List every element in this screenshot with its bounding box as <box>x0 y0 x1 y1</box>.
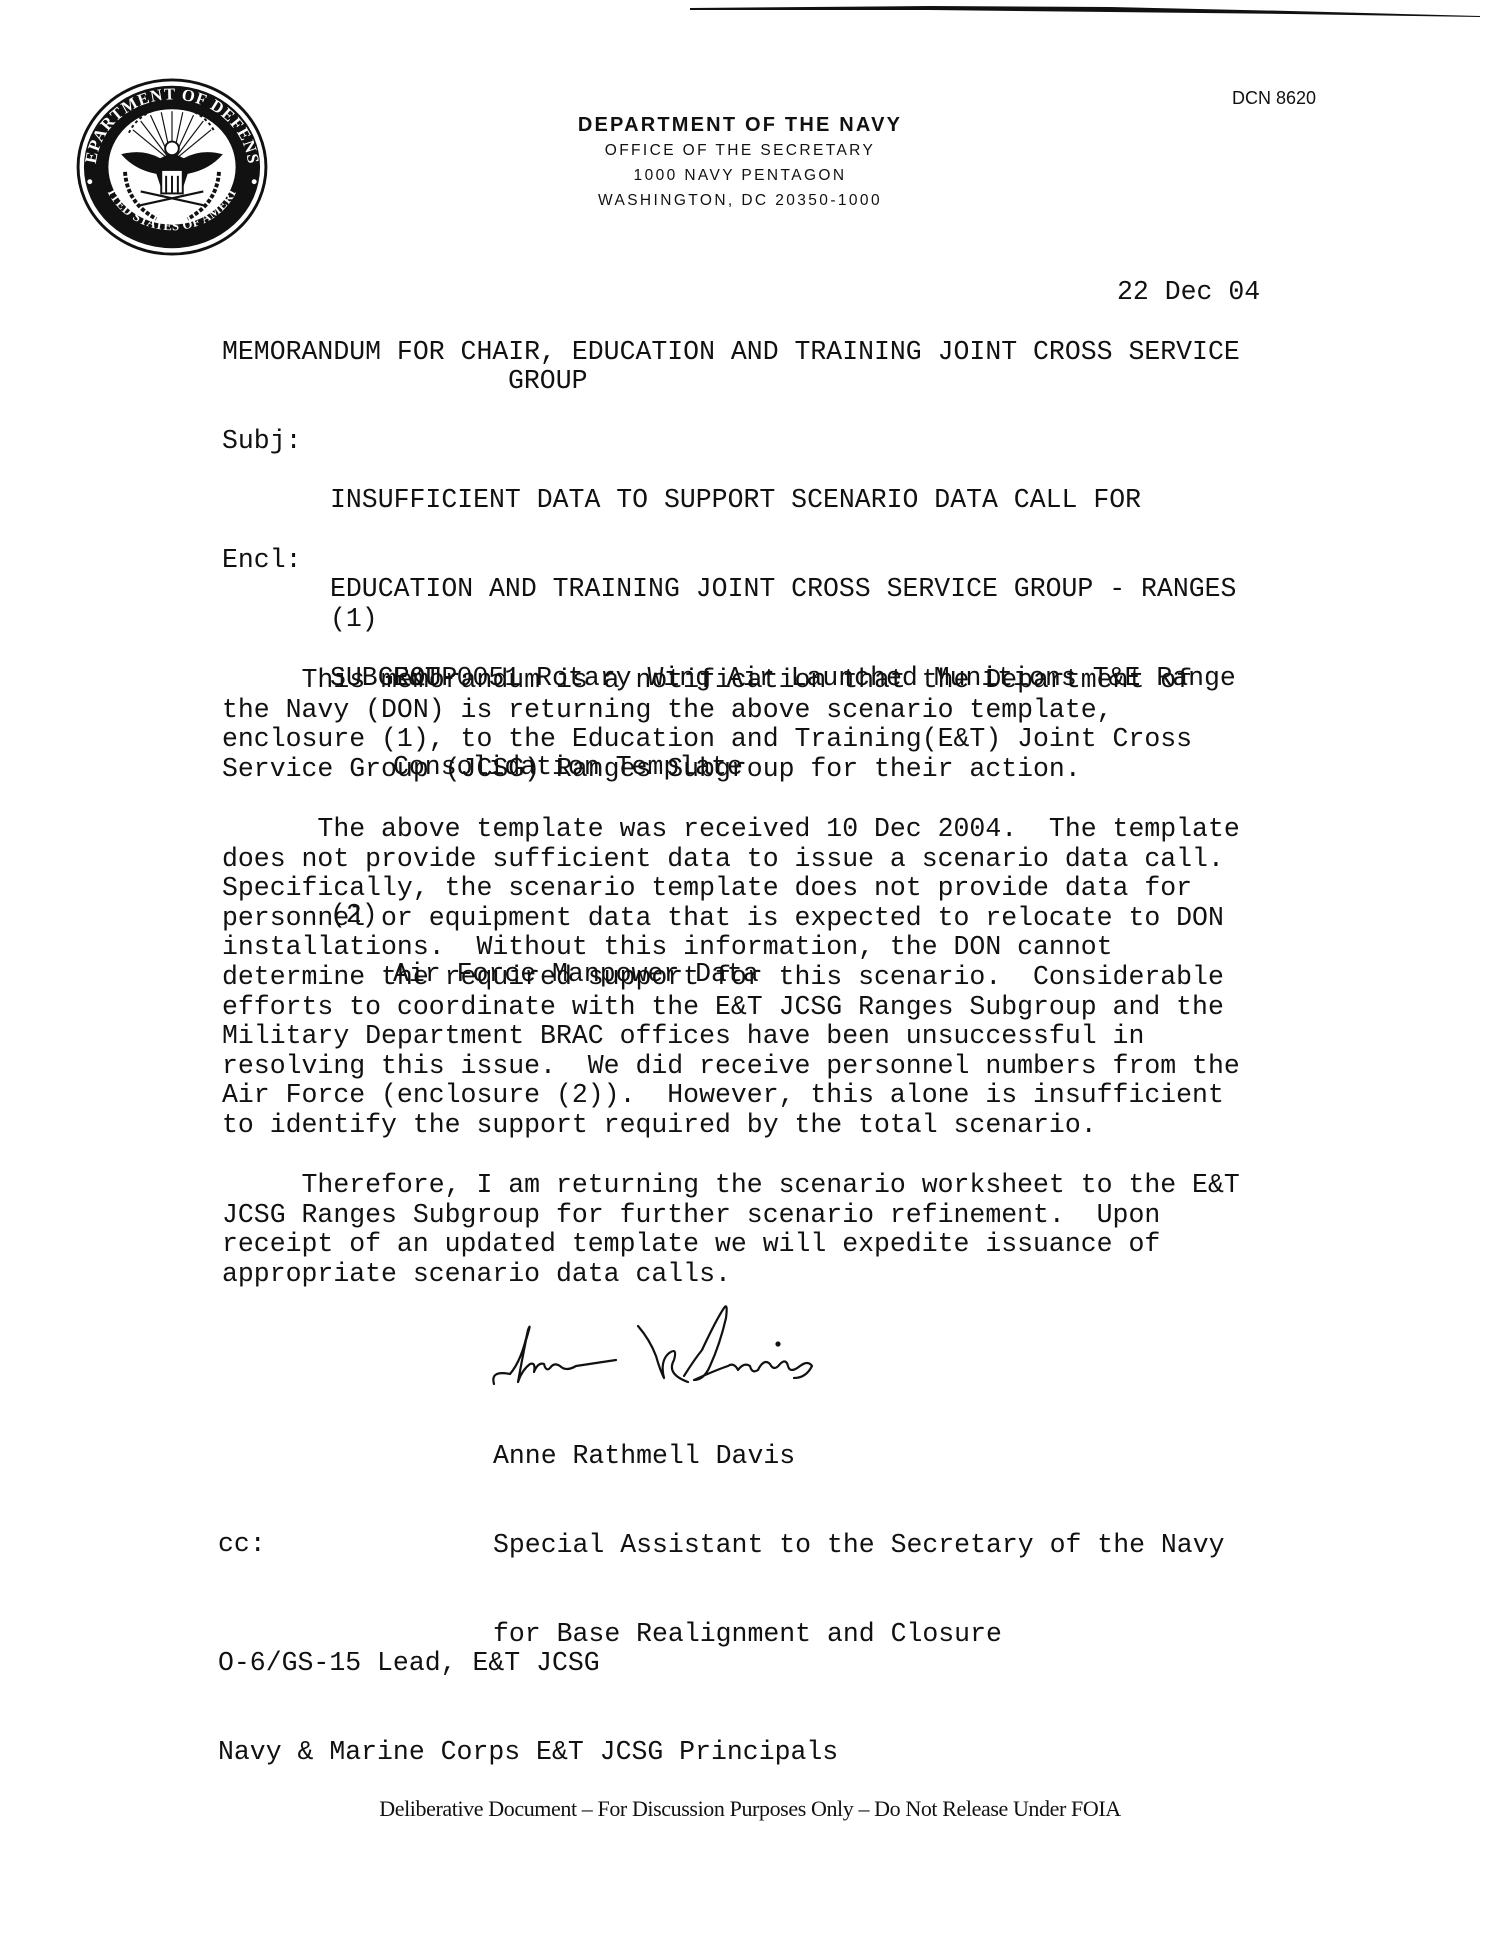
signer-title-line-1: Special Assistant to the Secretary of th… <box>493 1531 1225 1561</box>
address-line-2: WASHINGTON, DC 20350-1000 <box>520 188 960 213</box>
paragraph-line: receipt of an updated template we will e… <box>222 1230 1240 1260</box>
address-line-1: 1000 NAVY PENTAGON <box>520 163 960 188</box>
subject-line: INSUFFICIENT DATA TO SUPPORT SCENARIO DA… <box>330 486 1236 516</box>
memo-for-line-1: MEMORANDUM FOR CHAIR, EDUCATION AND TRAI… <box>222 338 1240 368</box>
cc-recipient: O-6/GS-15 Lead, E&T JCSG <box>218 1649 838 1679</box>
document-footer: Deliberative Document – For Discussion P… <box>0 1796 1500 1822</box>
paragraph-line: Military Department BRAC offices have be… <box>222 1022 1240 1052</box>
paragraph-line: the Navy (DON) is returning the above sc… <box>222 696 1192 726</box>
paragraph-line: determine the required support for this … <box>222 963 1240 993</box>
paragraph-line: This memorandum is a notification that t… <box>222 666 1192 696</box>
paragraph-line: does not provide sufficient data to issu… <box>222 845 1240 875</box>
organization-name: DEPARTMENT OF THE NAVY <box>520 112 960 138</box>
body-paragraph-3: Therefore, I am returning the scenario w… <box>222 1171 1240 1289</box>
scan-artifact-line <box>690 4 1480 18</box>
cc-list: O-6/GS-15 Lead, E&T JCSG Navy & Marine C… <box>218 1590 838 1797</box>
subject-label: Subj: <box>222 427 302 457</box>
body-paragraph-1: This memorandum is a notification that t… <box>222 666 1192 784</box>
paragraph-line: Air Force (enclosure (2)). However, this… <box>222 1081 1240 1111</box>
paragraph-line: appropriate scenario data calls. <box>222 1260 1240 1290</box>
paragraph-line: Specifically, the scenario template does… <box>222 874 1240 904</box>
enclosures-label: Encl: <box>222 546 302 576</box>
memo-for-line-2: GROUP <box>508 367 588 397</box>
cc-label: cc: <box>218 1530 266 1560</box>
paragraph-line: resolving this issue. We did receive per… <box>222 1052 1240 1082</box>
paragraph-line: Service Group (JCSG) Ranges Subgroup for… <box>222 755 1192 785</box>
memo-date: 22 Dec 04 <box>1117 278 1260 308</box>
paragraph-line: The above template was received 10 Dec 2… <box>222 815 1240 845</box>
paragraph-line: personnel or equipment data that is expe… <box>222 904 1240 934</box>
paragraph-line: enclosure (1), to the Education and Trai… <box>222 725 1192 755</box>
handwritten-signature-icon <box>488 1300 868 1392</box>
cc-recipient: Navy & Marine Corps E&T JCSG Principals <box>218 1738 838 1768</box>
paragraph-line: to identify the support required by the … <box>222 1111 1240 1141</box>
department-of-defense-seal-icon: DEPARTMENT OF DEFENSE UNITED STATES OF A… <box>74 76 270 258</box>
document-control-number: DCN 8620 <box>1232 88 1316 109</box>
paragraph-line: JCSG Ranges Subgroup for further scenari… <box>222 1201 1240 1231</box>
paragraph-line: Therefore, I am returning the scenario w… <box>222 1171 1240 1201</box>
letterhead: DEPARTMENT OF THE NAVY OFFICE OF THE SEC… <box>520 112 960 213</box>
paragraph-line: installations. Without this information,… <box>222 933 1240 963</box>
office-name: OFFICE OF THE SECRETARY <box>520 138 960 163</box>
paragraph-line: efforts to coordinate with the E&T JCSG … <box>222 993 1240 1023</box>
body-paragraph-2: The above template was received 10 Dec 2… <box>222 815 1240 1141</box>
signer-name: Anne Rathmell Davis <box>493 1442 1225 1472</box>
